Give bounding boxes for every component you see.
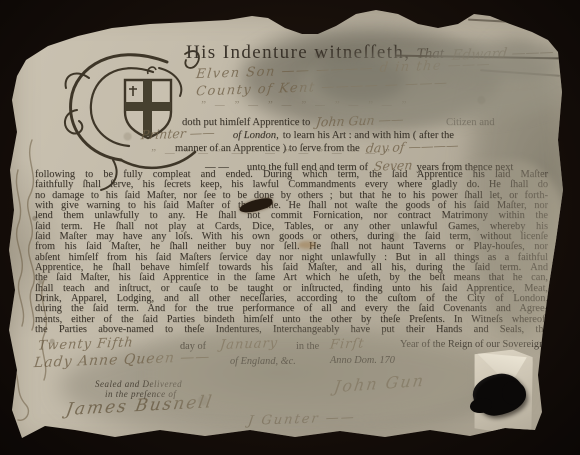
attestation-line: Sealed and Delivered (95, 379, 182, 389)
body-line: the Parties above-named to theſe Indentu… (35, 325, 548, 335)
print-segment-italic: of England, &c. (230, 356, 296, 367)
ink-smudge (298, 241, 316, 249)
signature-secondary: J Gunter —— (247, 410, 357, 429)
signature-master: John Gun (333, 371, 427, 397)
margin-endorsement-script (2, 130, 62, 430)
print-segment: in the (296, 341, 319, 352)
body-text-block: following to be fully compleat and ended… (35, 170, 548, 336)
pen-stroke-short-2 (480, 69, 560, 77)
pen-stroke-short (468, 19, 560, 26)
signature-witness: James Busnell (65, 392, 215, 420)
regnal-year-script: Firſt (329, 336, 365, 352)
photo-background: His Indenture witneſſeth,ThatEdward ——— … (0, 0, 580, 455)
handwritten-dash-row: ” — ” — ” — ” — ” — ” — ” (200, 99, 410, 111)
parchment-document: His Indenture witneſſeth,ThatEdward ——— … (0, 0, 580, 455)
print-segment: Year of the Reign of our Sovereign (400, 339, 544, 350)
wax-seal-lump (502, 381, 526, 405)
month-script: January (219, 336, 279, 353)
anno-dom-text: Anno Dom. 170 (330, 355, 395, 366)
